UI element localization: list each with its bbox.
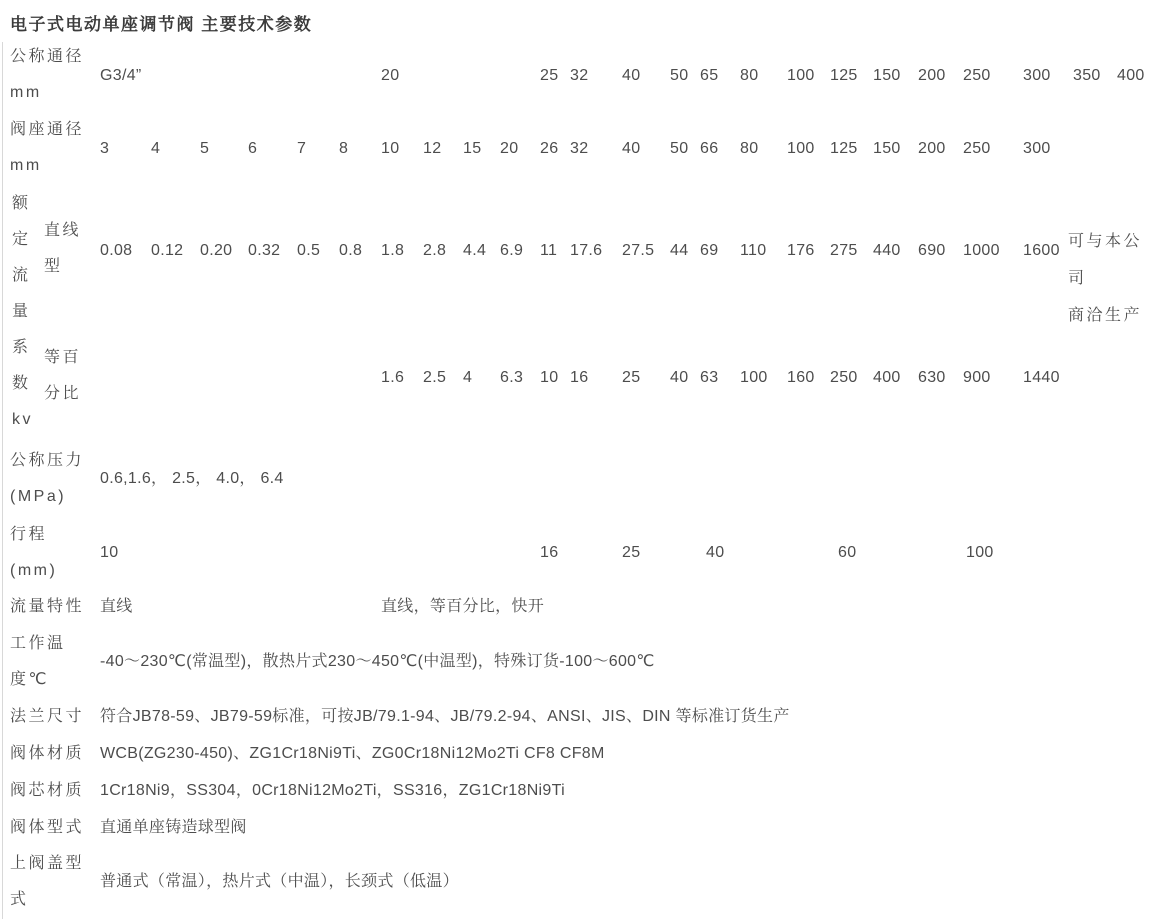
row-label-line: 公称通径 xyxy=(10,48,84,65)
table-cell: 110 xyxy=(740,242,766,259)
table-cell: 900 xyxy=(963,369,991,386)
sub-row-label-line: 直线 xyxy=(44,222,81,239)
row-label-line: 行程 xyxy=(10,526,47,543)
table-cell: 0.6,1.6， 2.5， 4.0， 6.4 xyxy=(100,470,284,487)
table-cell: 50 xyxy=(670,140,688,157)
table-cell: 2.8 xyxy=(423,242,446,259)
table-cell: 直线 xyxy=(100,598,133,615)
row-label-line: 阀芯材质 xyxy=(10,782,84,799)
table-cell: 32 xyxy=(570,67,588,84)
table-cell: 0.32 xyxy=(248,242,280,259)
table-cell: 16 xyxy=(540,544,558,561)
table-cell: 普通式（常温），热片式（中温），长颈式（低温） xyxy=(100,873,459,890)
row-label-line: 系 xyxy=(12,339,31,356)
table-cell: 1600 xyxy=(1023,242,1060,259)
table-cell: 69 xyxy=(700,242,718,259)
table-cell: 250 xyxy=(830,369,858,386)
table-cell: 440 xyxy=(873,242,901,259)
table-cell: 0.8 xyxy=(339,242,362,259)
row-label-line: (mm) xyxy=(10,562,57,579)
spec-table: 公称通径mmG3/4”20253240506580100125150200250… xyxy=(0,0,1156,921)
table-cell: 10 xyxy=(381,140,399,157)
table-cell: 0.12 xyxy=(151,242,183,259)
table-cell: 4 xyxy=(463,369,472,386)
note-line: 可与本公 xyxy=(1068,233,1142,250)
row-label-line: 工作温 xyxy=(10,635,66,652)
table-cell: 1.6 xyxy=(381,369,404,386)
table-cell: G3/4” xyxy=(100,67,142,84)
table-cell: 100 xyxy=(787,67,815,84)
table-cell: 20 xyxy=(500,140,518,157)
table-cell: 1Cr18Ni9，SS304，0Cr18Ni12Mo2Ti，SS316，ZG1C… xyxy=(100,782,565,799)
table-cell: 32 xyxy=(570,140,588,157)
table-cell: 40 xyxy=(706,544,724,561)
table-cell: 3 xyxy=(100,140,109,157)
table-cell: 0.08 xyxy=(100,242,132,259)
table-cell: 40 xyxy=(622,67,640,84)
table-cell: 125 xyxy=(830,140,858,157)
table-cell: 25 xyxy=(622,544,640,561)
table-cell: 直通单座铸造球型阀 xyxy=(100,819,247,836)
row-label-line: 流量特性 xyxy=(10,598,84,615)
table-cell: 50 xyxy=(670,67,688,84)
row-label-line: mm xyxy=(10,157,42,174)
table-cell: 20 xyxy=(381,67,399,84)
row-label-line: 度℃ xyxy=(10,671,49,688)
table-cell: 符合JB78-59、JB79-59标准，可按JB/79.1-94、JB/79.2… xyxy=(100,708,790,725)
table-cell: 275 xyxy=(830,242,858,259)
sub-row-label-line: 分比 xyxy=(44,385,81,402)
table-cell: 25 xyxy=(540,67,558,84)
row-label-line: 阀体型式 xyxy=(10,819,84,836)
table-cell: 100 xyxy=(966,544,994,561)
table-cell: 100 xyxy=(787,140,815,157)
row-label-line: 额 xyxy=(12,195,31,212)
table-cell: 4.4 xyxy=(463,242,486,259)
table-cell: 10 xyxy=(100,544,118,561)
table-cell: -40～230℃(常温型)，散热片式230～450℃(中温型)，特殊订货-100… xyxy=(100,653,655,670)
table-cell: 350 xyxy=(1073,67,1101,84)
table-cell: 1.8 xyxy=(381,242,404,259)
table-cell: 16 xyxy=(570,369,588,386)
table-cell: 17.6 xyxy=(570,242,602,259)
table-cell: 5 xyxy=(200,140,209,157)
row-label-line: 数 xyxy=(12,375,31,392)
row-label-line: 公称压力 xyxy=(10,452,84,469)
table-cell: 150 xyxy=(873,67,901,84)
table-cell: 400 xyxy=(873,369,901,386)
table-cell: 200 xyxy=(918,67,946,84)
table-cell: 65 xyxy=(700,67,718,84)
table-cell: 12 xyxy=(423,140,441,157)
table-cell: 300 xyxy=(1023,140,1051,157)
table-cell: 160 xyxy=(787,369,815,386)
table-cell: 40 xyxy=(670,369,688,386)
table-cell: 2.5 xyxy=(423,369,446,386)
row-label-line: 阀体材质 xyxy=(10,745,84,762)
table-cell: 250 xyxy=(963,67,991,84)
row-label-line: 上阀盖型 xyxy=(10,855,84,872)
table-cell: 63 xyxy=(700,369,718,386)
table-cell: 直线，等百分比，快开 xyxy=(381,598,544,615)
table-cell: 60 xyxy=(838,544,856,561)
table-cell: 176 xyxy=(787,242,815,259)
row-label-line: 式 xyxy=(10,891,29,908)
table-cell: 66 xyxy=(700,140,718,157)
row-label-line: kv xyxy=(12,411,33,428)
table-cell: 0.5 xyxy=(297,242,320,259)
note-line: 司 xyxy=(1068,270,1087,287)
row-label-line: mm xyxy=(10,84,42,101)
table-cell: 150 xyxy=(873,140,901,157)
row-label-line: 定 xyxy=(12,231,31,248)
row-label-line: (MPa) xyxy=(10,488,66,505)
table-cell: 400 xyxy=(1117,67,1145,84)
note-line: 商洽生产 xyxy=(1068,307,1142,324)
table-cell: 40 xyxy=(622,140,640,157)
table-cell: 0.20 xyxy=(200,242,232,259)
spec-page: 电子式电动单座调节阀 主要技术参数 公称通径mmG3/4”20253240506… xyxy=(0,0,1156,921)
sub-row-label-line: 型 xyxy=(44,258,63,275)
table-cell: 125 xyxy=(830,67,858,84)
table-cell: 25 xyxy=(622,369,640,386)
table-cell: 4 xyxy=(151,140,160,157)
table-cell: 80 xyxy=(740,140,758,157)
table-cell: 80 xyxy=(740,67,758,84)
table-cell: 6 xyxy=(248,140,257,157)
table-cell: 10 xyxy=(540,369,558,386)
table-cell: 1000 xyxy=(963,242,1000,259)
table-cell: 250 xyxy=(963,140,991,157)
table-cell: 690 xyxy=(918,242,946,259)
row-label-line: 法兰尺寸 xyxy=(10,708,84,725)
row-label-line: 阀座通径 xyxy=(10,121,84,138)
table-cell: 100 xyxy=(740,369,768,386)
table-cell: 8 xyxy=(339,140,348,157)
table-cell: 6.9 xyxy=(500,242,523,259)
table-cell: 44 xyxy=(670,242,688,259)
table-cell: 26 xyxy=(540,140,558,157)
table-cell: 11 xyxy=(540,242,557,259)
row-label-line: 流 xyxy=(12,267,31,284)
table-cell: 300 xyxy=(1023,67,1051,84)
row-label-line: 量 xyxy=(12,303,31,320)
table-cell: 200 xyxy=(918,140,946,157)
table-cell: 630 xyxy=(918,369,946,386)
table-cell: WCB(ZG230-450)、ZG1Cr18Ni9Ti、ZG0Cr18Ni12M… xyxy=(100,745,605,762)
table-cell: 1440 xyxy=(1023,369,1060,386)
table-cell: 6.3 xyxy=(500,369,523,386)
table-cell: 15 xyxy=(463,140,481,157)
table-cell: 27.5 xyxy=(622,242,654,259)
table-cell: 7 xyxy=(297,140,306,157)
sub-row-label-line: 等百 xyxy=(44,349,81,366)
